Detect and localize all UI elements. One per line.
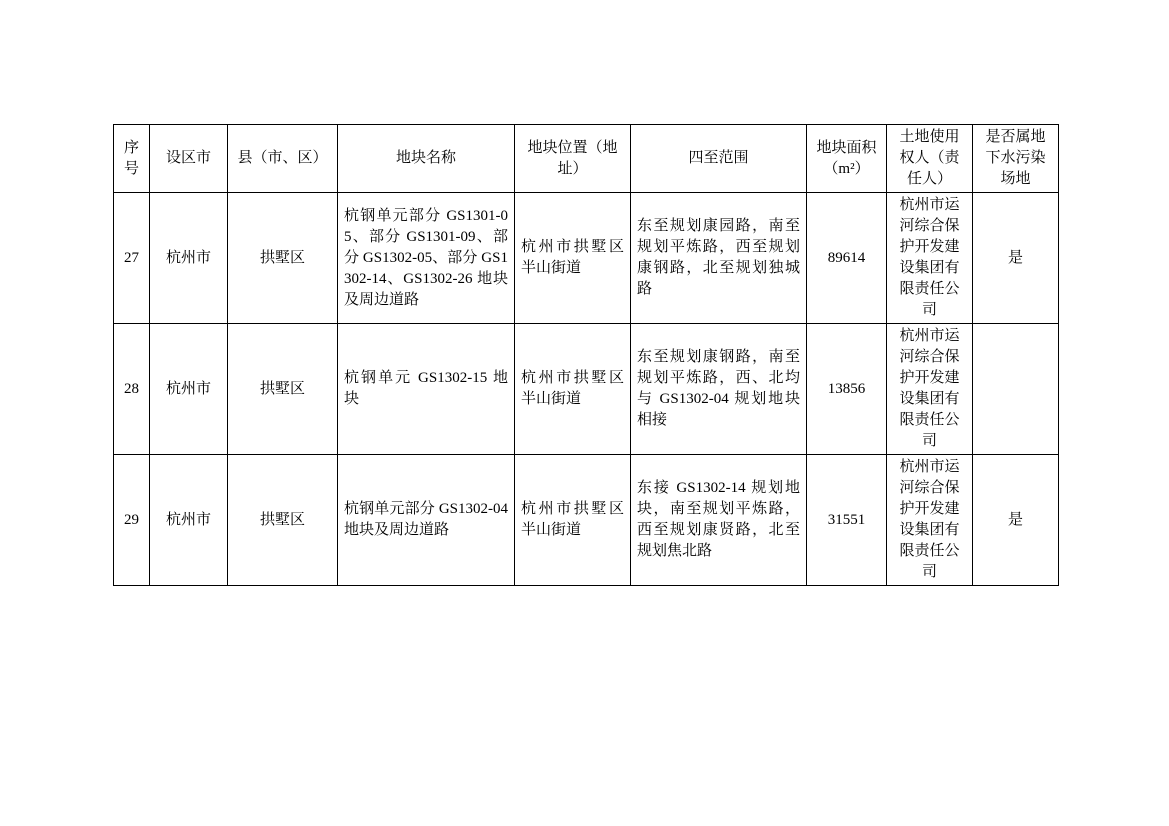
col-header-index: 序号 [114,125,150,193]
table-row: 27 杭州市 拱墅区 杭钢单元部分 GS1301-05、部分 GS1301-09… [114,193,1059,324]
cell-county: 拱墅区 [228,193,338,324]
cell-county: 拱墅区 [228,455,338,586]
cell-city: 杭州市 [150,193,228,324]
col-header-county: 县（市、区） [228,125,338,193]
cell-owner: 杭州市运河综合保护开发建设集团有限责任公司 [887,455,973,586]
col-header-parcel-name: 地块名称 [338,125,515,193]
land-parcel-table: 序号 设区市 县（市、区） 地块名称 地块位置（地址） 四至范围 地块面积（m²… [113,124,1059,586]
cell-area: 13856 [807,324,887,455]
header-row: 序号 设区市 县（市、区） 地块名称 地块位置（地址） 四至范围 地块面积（m²… [114,125,1059,193]
cell-groundwater-pollution [973,324,1059,455]
cell-city: 杭州市 [150,455,228,586]
table-row: 28 杭州市 拱墅区 杭钢单元 GS1302-15 地块 杭州市拱墅区半山街道 … [114,324,1059,455]
cell-county: 拱墅区 [228,324,338,455]
table-row: 29 杭州市 拱墅区 杭钢单元部分 GS1302-04 地块及周边道路 杭州市拱… [114,455,1059,586]
cell-location: 杭州市拱墅区半山街道 [515,193,631,324]
col-header-groundwater-pollution: 是否属地下水污染场地 [973,125,1059,193]
cell-parcel-name: 杭钢单元部分 GS1302-04 地块及周边道路 [338,455,515,586]
col-header-boundaries: 四至范围 [631,125,807,193]
cell-parcel-name: 杭钢单元部分 GS1301-05、部分 GS1301-09、部分 GS1302-… [338,193,515,324]
col-header-area: 地块面积（m²） [807,125,887,193]
cell-area: 31551 [807,455,887,586]
cell-location: 杭州市拱墅区半山街道 [515,324,631,455]
cell-owner: 杭州市运河综合保护开发建设集团有限责任公司 [887,324,973,455]
cell-owner: 杭州市运河综合保护开发建设集团有限责任公司 [887,193,973,324]
cell-boundaries: 东接 GS1302-14 规划地块，南至规划平炼路，西至规划康贤路，北至规划焦北… [631,455,807,586]
cell-area: 89614 [807,193,887,324]
cell-index: 28 [114,324,150,455]
document-page: 序号 设区市 县（市、区） 地块名称 地块位置（地址） 四至范围 地块面积（m²… [0,0,1169,826]
cell-parcel-name: 杭钢单元 GS1302-15 地块 [338,324,515,455]
cell-index: 27 [114,193,150,324]
cell-boundaries: 东至规划康钢路，南至规划平炼路，西、北均与 GS1302-04 规划地块相接 [631,324,807,455]
cell-location: 杭州市拱墅区半山街道 [515,455,631,586]
col-header-owner: 土地使用权人（责任人） [887,125,973,193]
cell-groundwater-pollution: 是 [973,193,1059,324]
cell-groundwater-pollution: 是 [973,455,1059,586]
cell-boundaries: 东至规划康园路，南至规划平炼路，西至规划康钢路，北至规划独城路 [631,193,807,324]
col-header-location: 地块位置（地址） [515,125,631,193]
cell-index: 29 [114,455,150,586]
col-header-city: 设区市 [150,125,228,193]
cell-city: 杭州市 [150,324,228,455]
